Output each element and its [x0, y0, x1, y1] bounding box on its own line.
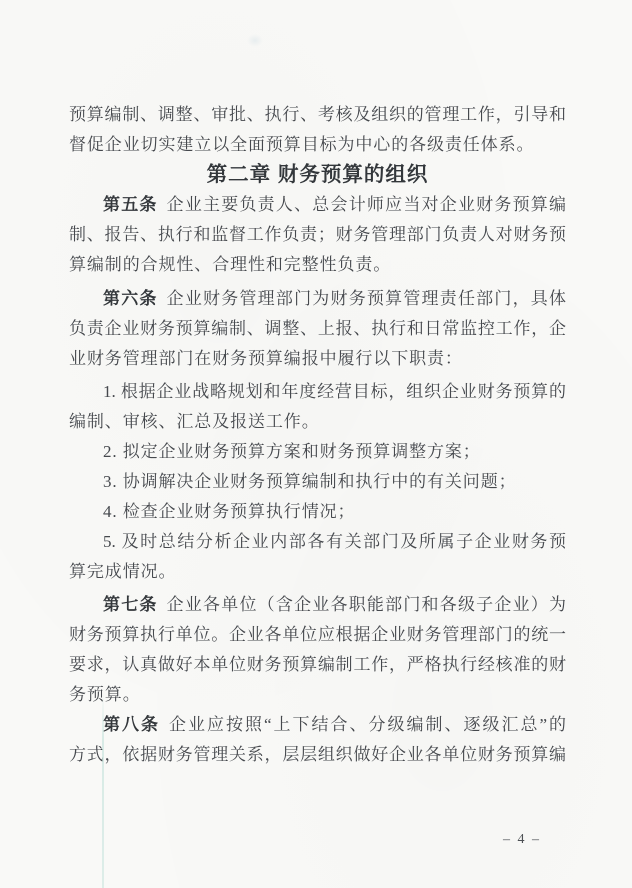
- text-line: 预算编制、调整、审批、执行、考核及组织的管理工作，引导和: [69, 100, 566, 130]
- scan-smudge-artifact: [247, 34, 263, 47]
- text-line: 1. 根据企业战略规划和年度经营目标，组织企业财务预算的: [69, 377, 566, 407]
- article-number-label: 第八条: [103, 715, 160, 734]
- text-line: 务预算。: [69, 680, 566, 710]
- paragraph: 2. 拟定企业财务预算方案和财务预算调整方案；: [69, 437, 566, 467]
- paragraph: 预算编制、调整、审批、执行、考核及组织的管理工作，引导和督促企业切实建立以全面预…: [69, 100, 566, 160]
- text-line: 第六条企业财务管理部门为财务预算管理责任部门，具体: [69, 284, 566, 314]
- text-line: 方式，依据财务管理关系，层层组织做好企业各单位财务预算编: [69, 740, 566, 770]
- paragraph: 4. 检查企业财务预算执行情况；: [69, 497, 566, 527]
- text-line: 督促企业切实建立以全面预算目标为中心的各级责任体系。: [69, 130, 566, 160]
- article-number-label: 第五条: [103, 195, 158, 214]
- text-line: 编制、审核、汇总及报送工作。: [69, 407, 566, 437]
- text-line: 要求，认真做好本单位财务预算编制工作，严格执行经核准的财: [69, 650, 566, 680]
- text-line: 第八条企业应按照“上下结合、分级编制、逐级汇总”的: [69, 710, 566, 740]
- paragraph: 第五条企业主要负责人、总会计师应当对企业财务预算编制、报告、执行和监督工作负责；…: [69, 190, 566, 280]
- chapter-heading: 第二章 财务预算的组织: [69, 160, 566, 190]
- paragraph: 5. 及时总结分析企业内部各有关部门及所属子企业财务预算完成情况。: [69, 527, 566, 587]
- scanned-document-page: 预算编制、调整、审批、执行、考核及组织的管理工作，引导和督促企业切实建立以全面预…: [0, 0, 632, 888]
- text-line: 第七条企业各单位（含企业各职能部门和各级子企业）为: [69, 590, 566, 620]
- text-line: 财务预算执行单位。企业各单位应根据企业财务管理部门的统一: [69, 620, 566, 650]
- text-line: 5. 及时总结分析企业内部各有关部门及所属子企业财务预: [69, 527, 566, 557]
- text-line: 2. 拟定企业财务预算方案和财务预算调整方案；: [69, 437, 566, 467]
- paragraph: 第七条企业各单位（含企业各职能部门和各级子企业）为财务预算执行单位。企业各单位应…: [69, 590, 566, 710]
- article-number-label: 第六条: [103, 289, 158, 308]
- article-number-label: 第七条: [103, 595, 158, 614]
- text-line: 算完成情况。: [69, 557, 566, 587]
- text-line: 负责企业财务预算编制、调整、上报、执行和日常监控工作，企: [69, 314, 566, 344]
- document-body: 预算编制、调整、审批、执行、考核及组织的管理工作，引导和督促企业切实建立以全面预…: [69, 100, 566, 770]
- paragraph: 3. 协调解决企业财务预算编制和执行中的有关问题；: [69, 467, 566, 497]
- text-line: 4. 检查企业财务预算执行情况；: [69, 497, 566, 527]
- paragraph: 第六条企业财务管理部门为财务预算管理责任部门，具体负责企业财务预算编制、调整、上…: [69, 284, 566, 374]
- text-line: 算编制的合规性、合理性和完整性负责。: [69, 250, 566, 280]
- paragraph: 1. 根据企业战略规划和年度经营目标，组织企业财务预算的编制、审核、汇总及报送工…: [69, 377, 566, 437]
- text-line: 业财务管理部门在财务预算编报中履行以下职责：: [69, 344, 566, 374]
- text-line: 制、报告、执行和监督工作负责；财务管理部门负责人对财务预: [69, 220, 566, 250]
- text-line: 第五条企业主要负责人、总会计师应当对企业财务预算编: [69, 190, 566, 220]
- paragraph: 第八条企业应按照“上下结合、分级编制、逐级汇总”的方式，依据财务管理关系，层层组…: [69, 710, 566, 770]
- page-number: – 4 –: [492, 832, 552, 848]
- text-line: 3. 协调解决企业财务预算编制和执行中的有关问题；: [69, 467, 566, 497]
